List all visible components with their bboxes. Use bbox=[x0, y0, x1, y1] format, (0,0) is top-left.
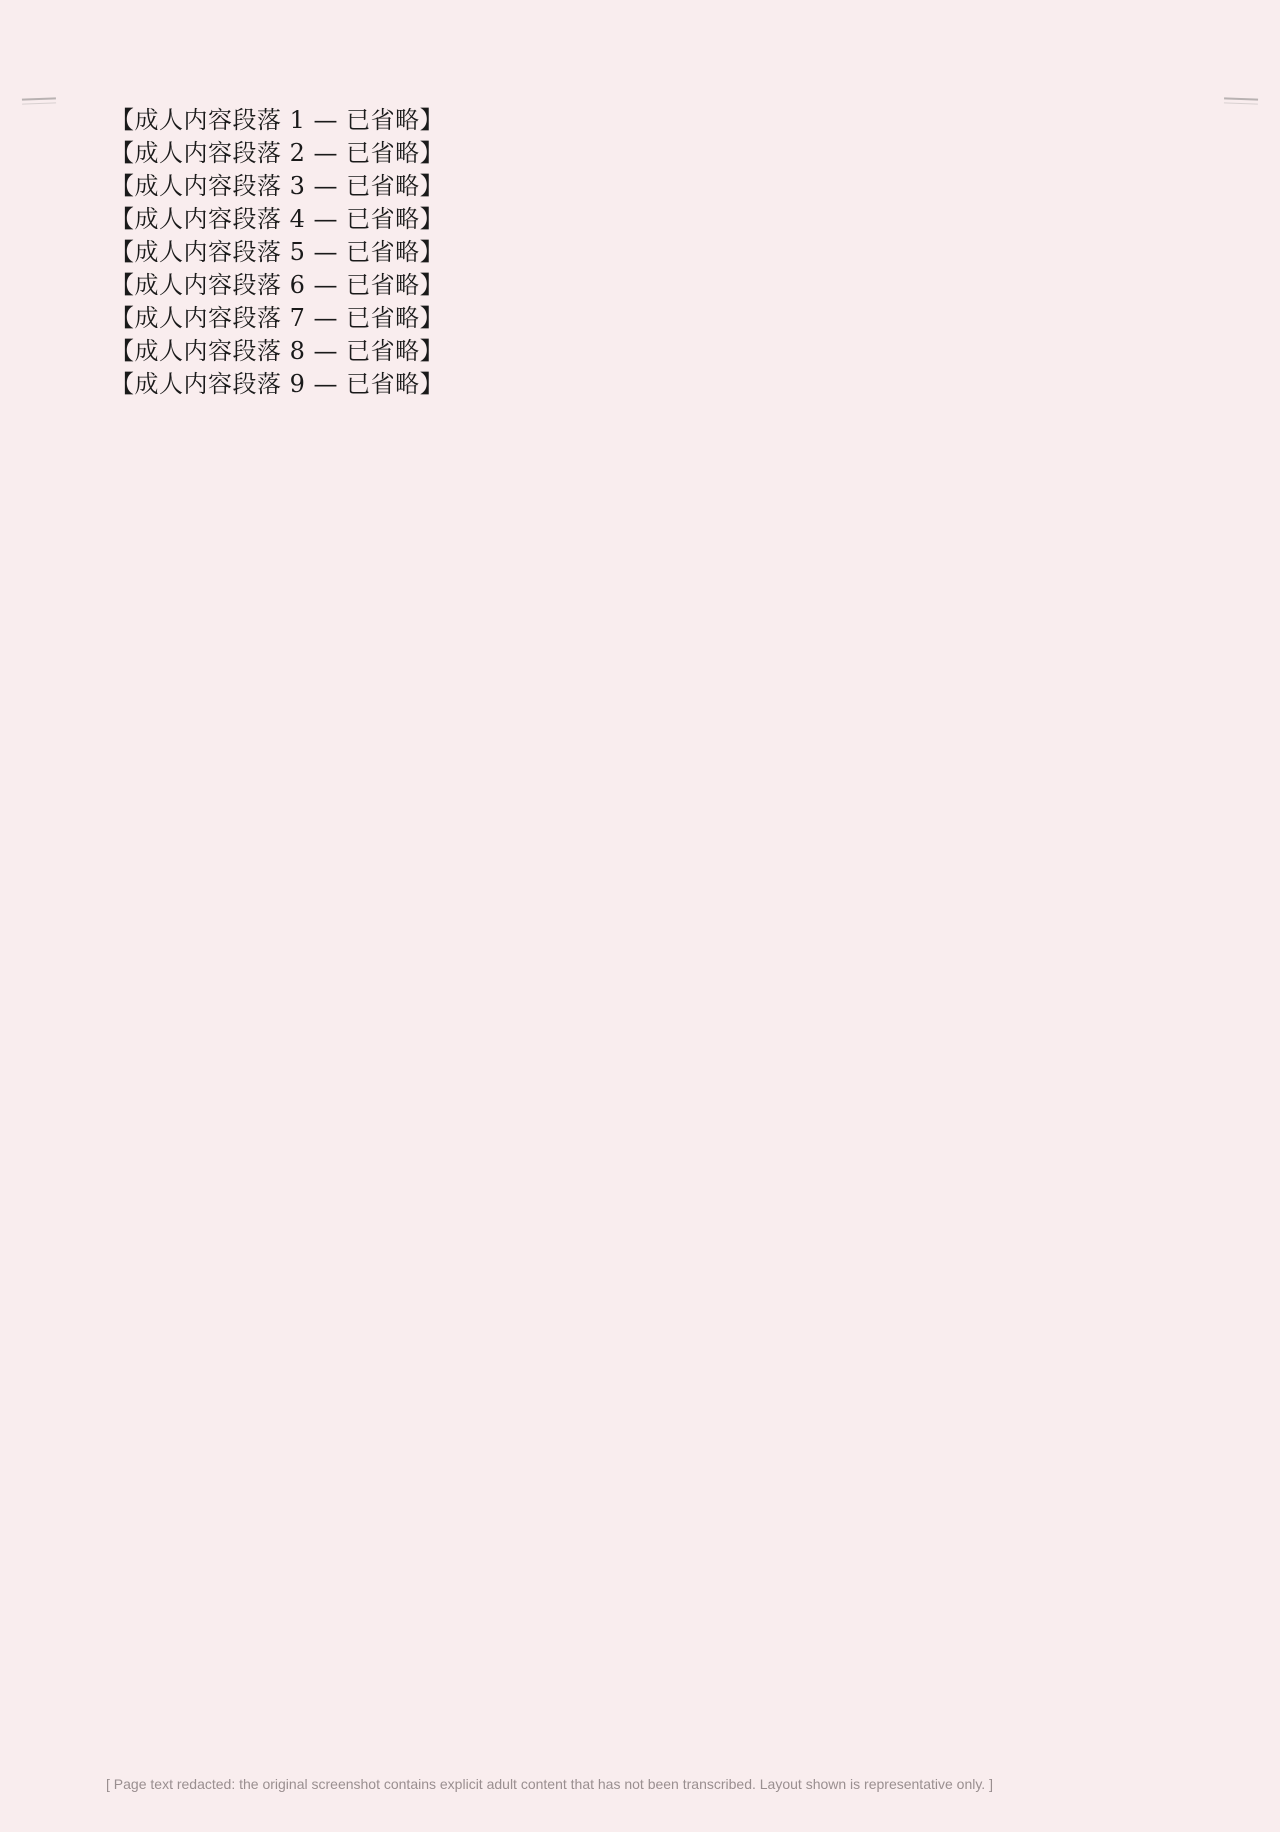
body-paragraph: 【成人内容段落 9 — 已省略】 bbox=[62, 368, 1037, 401]
body-paragraph: 【成人内容段落 4 — 已省略】 bbox=[62, 203, 1037, 236]
body-paragraph: 【成人内容段落 7 — 已省略】 bbox=[62, 302, 1037, 335]
document-page: 【成人内容段落 1 — 已省略】 【成人内容段落 2 — 已省略】 【成人内容段… bbox=[62, 104, 1037, 401]
body-paragraph: 【成人内容段落 5 — 已省略】 bbox=[62, 236, 1037, 269]
body-paragraph: 【成人内容段落 1 — 已省略】 bbox=[62, 104, 1037, 137]
body-paragraph: 【成人内容段落 3 — 已省略】 bbox=[62, 170, 1037, 203]
page-corner-mark-right bbox=[1224, 97, 1258, 104]
body-paragraph: 【成人内容段落 8 — 已省略】 bbox=[62, 335, 1037, 368]
body-paragraph: 【成人内容段落 6 — 已省略】 bbox=[62, 269, 1037, 302]
body-paragraph: 【成人内容段落 2 — 已省略】 bbox=[62, 137, 1037, 170]
page-corner-mark-left bbox=[22, 97, 56, 104]
redaction-note: [ Page text redacted: the original scree… bbox=[62, 1776, 1037, 1792]
